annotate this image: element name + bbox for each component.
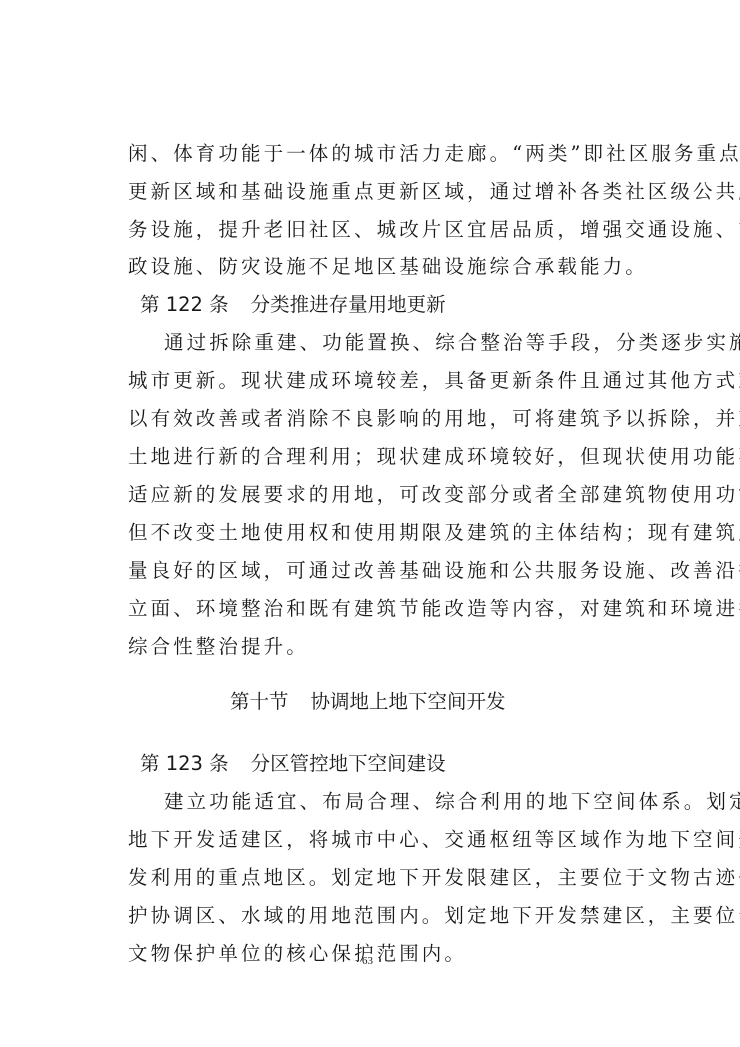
document-page: 闲、体育功能于一体的城市活力走廊。“两类”即社区服务重点 更新区域和基础设施重点… (0, 0, 740, 1047)
article-123-heading: 第 123 条分区管控地下空间建设 (140, 752, 446, 776)
section-10-heading: 第十节协调地上地下空间开发 (230, 690, 506, 714)
article-number: 第 122 条 (140, 293, 229, 316)
paragraph-line: 更新区域和基础设施重点更新区域，通过增补各类社区级公共服 (128, 180, 740, 204)
paragraph-line: 综合性整治提升。 (128, 635, 309, 659)
section-title: 协调地上地下空间开发 (311, 690, 506, 713)
paragraph-line: 城市更新。现状建成环境较差，具备更新条件且通过其他方式难 (128, 369, 740, 393)
section-number: 第十节 (230, 690, 289, 713)
paragraph-line: 发利用的重点地区。划定地下开发限建区，主要位于文物古迹保 (128, 866, 740, 890)
paragraph-line: 立面、环境整治和既有建筑节能改造等内容，对建筑和环境进行 (128, 597, 740, 621)
paragraph-line: 地下开发适建区，将城市中心、交通枢纽等区域作为地下空间开 (128, 828, 740, 852)
paragraph-line: 土地进行新的合理利用；现状建成环境较好，但现状使用功能不 (128, 445, 740, 469)
paragraph-line: 政设施、防灾设施不足地区基础设施综合承载能力。 (128, 255, 648, 279)
paragraph-line: 量良好的区域，可通过改善基础设施和公共服务设施、改善沿街 (128, 559, 740, 583)
article-number: 第 123 条 (140, 752, 229, 775)
paragraph-line: 文物保护单位的核心保护范围内。 (128, 942, 467, 966)
paragraph-line: 务设施，提升老旧社区、城改片区宜居品质，增强交通设施、市 (128, 218, 740, 242)
paragraph-line: 适应新的发展要求的用地，可改变部分或者全部建筑物使用功能， (128, 483, 740, 507)
paragraph-line: 护协调区、水域的用地范围内。划定地下开发禁建区，主要位于 (128, 904, 740, 928)
paragraph-line: 建立功能适宜、布局合理、综合利用的地下空间体系。划定 (164, 790, 740, 814)
paragraph-line: 以有效改善或者消除不良影响的用地，可将建筑予以拆除，并对 (128, 407, 740, 431)
article-122-heading: 第 122 条分类推进存量用地更新 (140, 293, 446, 317)
paragraph-line: 通过拆除重建、功能置换、综合整治等手段，分类逐步实施 (164, 331, 740, 355)
paragraph-line: 闲、体育功能于一体的城市活力走廊。“两类”即社区服务重点 (128, 142, 740, 166)
article-title: 分区管控地下空间建设 (251, 752, 446, 775)
page-number: 63 (362, 955, 373, 967)
article-title: 分类推进存量用地更新 (251, 293, 446, 316)
paragraph-line: 但不改变土地使用权和使用期限及建筑的主体结构；现有建筑质 (128, 521, 740, 545)
